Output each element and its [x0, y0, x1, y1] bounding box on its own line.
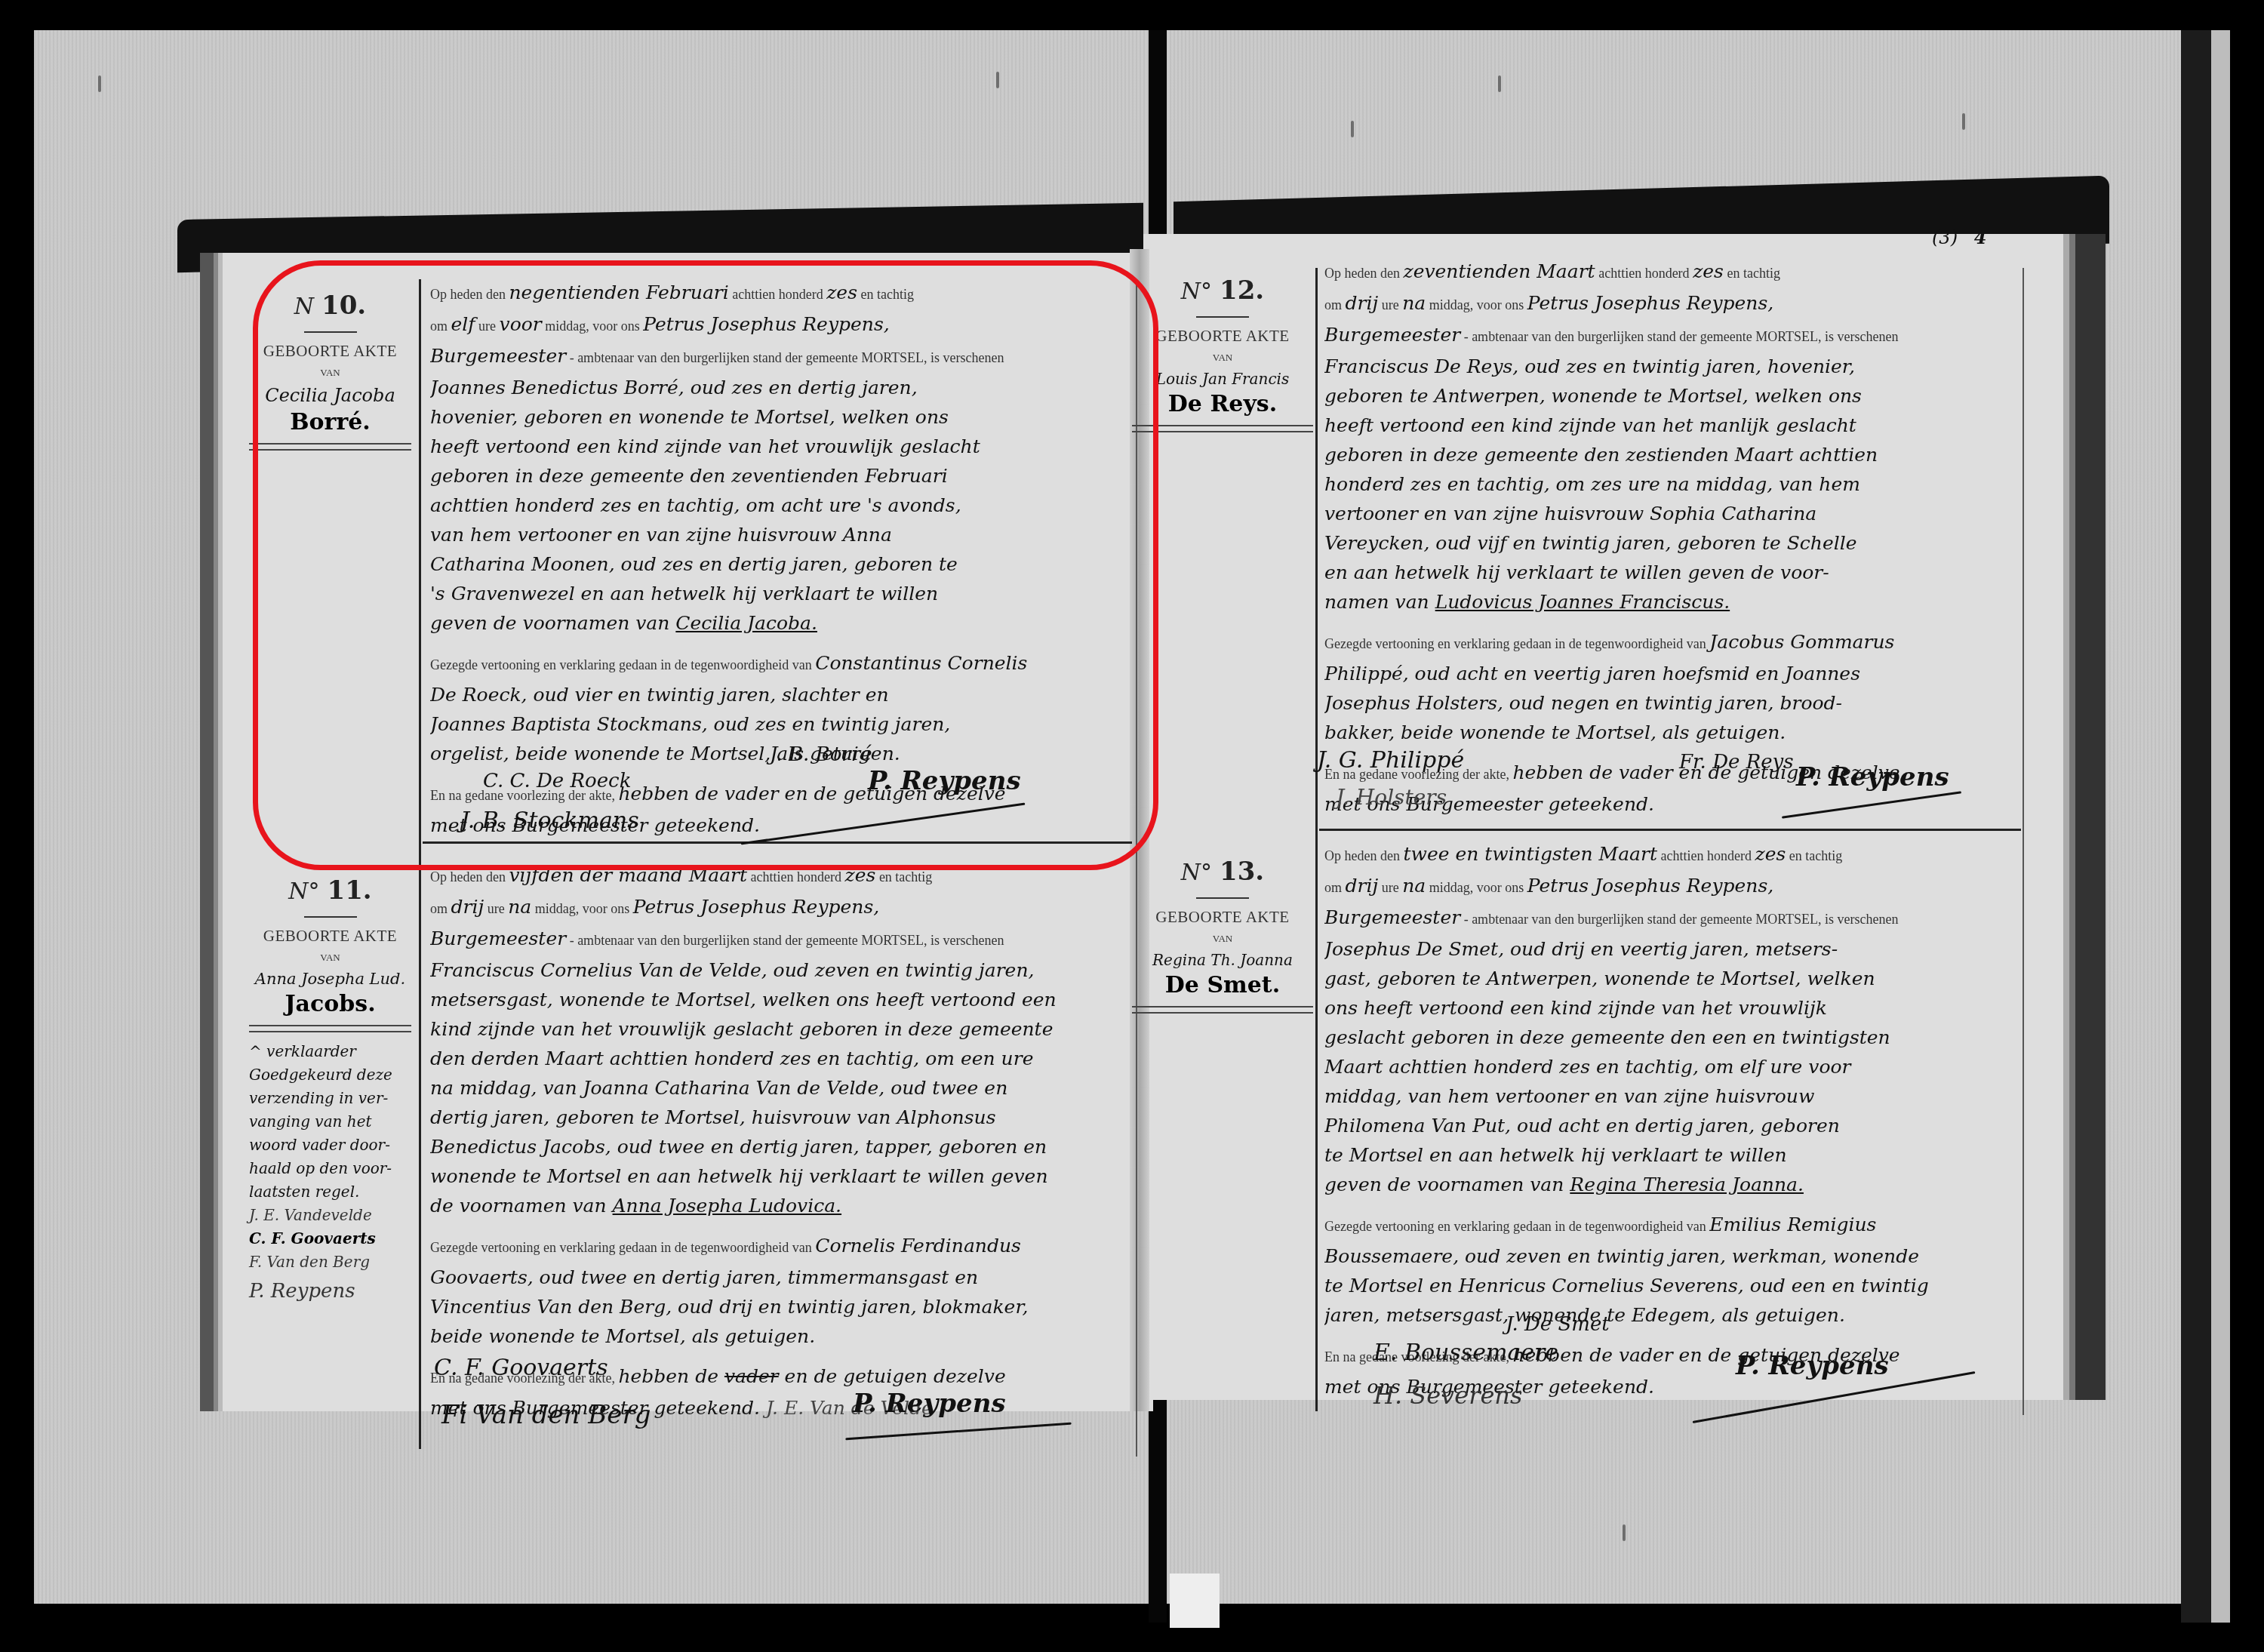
mayor-signature: P. Reypens: [1736, 1351, 1889, 1381]
text-line: om drij ure na middag, voor ons Petrus J…: [1324, 288, 2019, 320]
entry-number: N°13.: [1132, 857, 1313, 887]
signature: J. De Smet: [1506, 1313, 1610, 1336]
text-line: honderd zes en tachtig, om zes ure na mi…: [1324, 469, 2019, 499]
page-number-value: 4: [1974, 226, 1987, 248]
entry-margin: N°13. GEBOORTE AKTE VAN Regina Th. Joann…: [1132, 857, 1313, 1014]
stain: [98, 75, 101, 92]
text-line: metsersgast, wonende te Mortsel, welken …: [430, 985, 1128, 1014]
text-line: Josephus De Smet, oud drij en veertig ja…: [1324, 934, 2019, 964]
text-line: Op heden den zeventienden Maart achttien…: [1324, 257, 2019, 288]
double-rule: [249, 443, 411, 451]
text-line: Op heden den twee en twintigsten Maart a…: [1324, 839, 2019, 871]
text-line: den derden Maart achttien honderd zes en…: [430, 1044, 1128, 1073]
text-line: Burgemeester - ambtenaar van den burgerl…: [1324, 903, 2019, 934]
text-line: Gezegde vertooning en verklaring gedaan …: [1324, 627, 2019, 659]
text-line: Philomena Van Put, oud acht en dertig ja…: [1324, 1111, 2019, 1140]
text-line: heeft vertoond een kind zijnde van het v…: [430, 432, 1128, 461]
text-line: geboren in deze gemeente den zestienden …: [1324, 440, 2019, 469]
text-line: na middag, van Joanna Catharina Van de V…: [430, 1073, 1128, 1103]
entry-body: Op heden den vijfden der maand Maart ach…: [430, 860, 1128, 1423]
text-line: dertig jaren, geboren te Mortsel, huisvr…: [430, 1103, 1128, 1132]
text-line: Op heden den negentienden Februari achtt…: [430, 278, 1128, 309]
column-rule-right: [2023, 268, 2024, 1415]
text-line: jaren, metsersgast, wonende te Edegem, a…: [1324, 1300, 2019, 1330]
double-rule: [249, 1025, 411, 1032]
given-names-underlined: Regina Theresia Joanna.: [1570, 1174, 1804, 1195]
entry-margin: N°11. GEBOORTE AKTE VAN Anna Josepha Lud…: [249, 875, 411, 1303]
akte-label: GEBOORTE AKTE: [1132, 327, 1313, 346]
struck-word: vader: [724, 1365, 779, 1387]
stain: [996, 72, 999, 88]
stain: [1962, 113, 1965, 130]
text-line: Franciscus De Reys, oud zes en twintig j…: [1324, 352, 2019, 381]
van-label: VAN: [249, 952, 411, 964]
text-line: geven de voornamen van Cecilia Jacoba.: [430, 608, 1128, 638]
text-line: Franciscus Cornelius Van de Velde, oud z…: [430, 955, 1128, 985]
text-line: 's Gravenwezel en aan hetwelk hij verkla…: [430, 579, 1128, 608]
text-line: om drij ure na middag, voor ons Petrus J…: [1324, 871, 2019, 903]
text-line: te Mortsel en Henricus Cornelius Severen…: [1324, 1271, 2019, 1300]
double-rule: [1132, 425, 1313, 432]
text-line: Josephus Holsters, oud negen en twintig …: [1324, 688, 2019, 718]
signature: J. B. Borré: [770, 743, 872, 766]
child-given-names: Cecilia Jacoba: [249, 385, 411, 406]
text-line: de voornamen van Anna Josepha Ludovica.: [430, 1191, 1128, 1220]
entry-separator: [423, 841, 1132, 844]
signature: C. F. Goovaerts: [249, 1227, 411, 1251]
text-line: Gezegde vertooning en verklaring gedaan …: [430, 648, 1128, 680]
mayor-signature: P. Reypens: [853, 1389, 1006, 1419]
signature: H. Severens: [1373, 1381, 1522, 1410]
divider: [1196, 316, 1249, 318]
text-line: gast, geboren te Antwerpen, wonende te M…: [1324, 964, 2019, 993]
margin-correction-note: ^ verklaarder Goedgekeurd deze verzendin…: [249, 1040, 411, 1303]
scan-right-strip: [2211, 30, 2230, 1623]
mayor-signature: P. Reypens: [1796, 762, 1949, 792]
stain: [1351, 121, 1354, 137]
text-line: namen van Ludovicus Joannes Franciscus.: [1324, 587, 2019, 617]
page-annotation: (3): [1932, 227, 1958, 248]
text-line: Burgemeester - ambtenaar van den burgerl…: [430, 341, 1128, 373]
child-given-names: Regina Th. Joanna: [1132, 951, 1313, 969]
text-line: ons heeft vertoond een kind zijnde van h…: [1324, 993, 2019, 1023]
given-names-underlined: Anna Josepha Ludovica.: [613, 1195, 842, 1217]
double-rule: [1132, 1006, 1313, 1014]
text-line: Benedictus Jacobs, oud twee en dertig ja…: [430, 1132, 1128, 1161]
text-line: Gezegde vertooning en verklaring gedaan …: [430, 1231, 1128, 1263]
mayor-signature: P. Reypens: [249, 1280, 411, 1303]
entry-separator: [1319, 829, 2021, 831]
text-line: Burgemeester - ambtenaar van den burgerl…: [1324, 320, 2019, 352]
text-line: Gezegde vertooning en verklaring gedaan …: [1324, 1210, 2019, 1241]
text-line: om elf ure voor middag, voor ons Petrus …: [430, 309, 1128, 341]
text-line: achttien honderd zes en tachtig, om acht…: [430, 491, 1128, 520]
text-line: Joannes Baptista Stockmans, oud zes en t…: [430, 709, 1128, 739]
entry-number: N10.: [249, 291, 411, 321]
signature: J. B. Stockmans: [460, 808, 639, 834]
divider: [1196, 897, 1249, 899]
text-line: vertooner en van zijne huisvrouw Sophia …: [1324, 499, 2019, 528]
signature: E. Boussemaere: [1373, 1340, 1558, 1366]
scan-tag: [1170, 1574, 1220, 1628]
signature: J. G. Philippé: [1317, 747, 1464, 774]
signature: C. C. De Roeck: [483, 770, 631, 792]
text-line: Joannes Benedictus Borré, oud zes en der…: [430, 373, 1128, 402]
column-rule-left: [419, 279, 421, 1449]
text-line: middag, van hem vertooner en van zijne h…: [1324, 1081, 2019, 1111]
child-surname: De Reys.: [1132, 391, 1313, 417]
text-line: Boussemaere, oud zeven en twintig jaren,…: [1324, 1241, 2019, 1271]
child-surname: De Smet.: [1132, 972, 1313, 998]
text-line: Op heden den vijfden der maand Maart ach…: [430, 860, 1128, 892]
text-line: geboren te Antwerpen, wonende te Mortsel…: [1324, 381, 2019, 411]
van-label: VAN: [249, 367, 411, 379]
text-line: en aan hetwelk hij verklaart te willen g…: [1324, 558, 2019, 587]
signature: J. Holsters: [1336, 785, 1447, 810]
akte-label: GEBOORTE AKTE: [1132, 908, 1313, 927]
signature: Fi Van den Berg: [441, 1400, 651, 1430]
text-line: bakker, beide wonende te Mortsel, als ge…: [1324, 718, 2019, 747]
page-number: (3) 4: [1932, 226, 1986, 248]
divider: [304, 331, 357, 333]
child-given-names: Louis Jan Francis: [1132, 370, 1313, 388]
text-line: Vereycken, oud vijf en twintig jaren, ge…: [1324, 528, 2019, 558]
text-line: geslacht geboren in deze gemeente den ee…: [1324, 1023, 2019, 1052]
text-line: geven de voornamen van Regina Theresia J…: [1324, 1170, 2019, 1199]
text-line: Goovaerts, oud twee en dertig jaren, tim…: [430, 1263, 1128, 1292]
given-names-underlined: Ludovicus Joannes Franciscus.: [1435, 591, 1730, 613]
text-line: van hem vertooner en van zijne huisvrouw…: [430, 520, 1128, 549]
text-line: De Roeck, oud vier en twintig jaren, sla…: [430, 680, 1128, 709]
mayor-signature: P. Reypens: [868, 766, 1021, 796]
text-line: te Mortsel en aan hetwelk hij verklaart …: [1324, 1140, 2019, 1170]
text-line: Catharina Moonen, oud zes en dertig jare…: [430, 549, 1128, 579]
text-line: heeft vertoond een kind zijnde van het m…: [1324, 411, 2019, 440]
entry-margin: N10. GEBOORTE AKTE VAN Cecilia Jacoba Bo…: [249, 291, 411, 451]
text-line: hovenier, geboren en wonende te Mortsel,…: [430, 402, 1128, 432]
text-line: Burgemeester - ambtenaar van den burgerl…: [430, 924, 1128, 955]
van-label: VAN: [1132, 352, 1313, 364]
stain: [1498, 75, 1501, 92]
text-line: om drij ure na middag, voor ons Petrus J…: [430, 892, 1128, 924]
text-line: Vincentius Van den Berg, oud drij en twi…: [430, 1292, 1128, 1321]
text-line: wonende te Mortsel en aan hetwelk hij ve…: [430, 1161, 1128, 1191]
signature: Fr. De Reys: [1679, 751, 1794, 774]
text-line: Maart achttien honderd zes en tachtig, o…: [1324, 1052, 2019, 1081]
stain: [1623, 1524, 1626, 1541]
child-given-names: Anna Josepha Lud.: [249, 970, 411, 988]
text-line: Philippé, oud acht en veertig jaren hoef…: [1324, 659, 2019, 688]
column-rule-left: [1315, 268, 1318, 1411]
signature: C. F. Goovaerts: [434, 1355, 608, 1381]
text-line: geboren in deze gemeente den zeventiende…: [430, 461, 1128, 491]
entry-number: N°11.: [249, 875, 411, 906]
entry-number: N°12.: [1132, 275, 1313, 306]
scan-right-edge: [2181, 30, 2211, 1623]
entry-body: Op heden den twee en twintigsten Maart a…: [1324, 839, 2019, 1401]
text-line: kind zijnde van het vrouwlijk geslacht g…: [430, 1014, 1128, 1044]
divider: [304, 916, 357, 918]
van-label: VAN: [1132, 933, 1313, 945]
signature: F. Van den Berg: [249, 1251, 411, 1274]
entry-margin: N°12. GEBOORTE AKTE VAN Louis Jan Franci…: [1132, 275, 1313, 432]
given-names-underlined: Cecilia Jacoba.: [675, 612, 817, 634]
akte-label: GEBOORTE AKTE: [249, 927, 411, 946]
child-surname: Jacobs.: [249, 991, 411, 1017]
text-line: beide wonende te Mortsel, als getuigen.: [430, 1321, 1128, 1351]
akte-label: GEBOORTE AKTE: [249, 342, 411, 361]
entry-body: Op heden den zeventienden Maart achttien…: [1324, 257, 2019, 819]
signature: J. E. Vandevelde: [249, 1204, 411, 1227]
child-surname: Borré.: [249, 409, 411, 435]
